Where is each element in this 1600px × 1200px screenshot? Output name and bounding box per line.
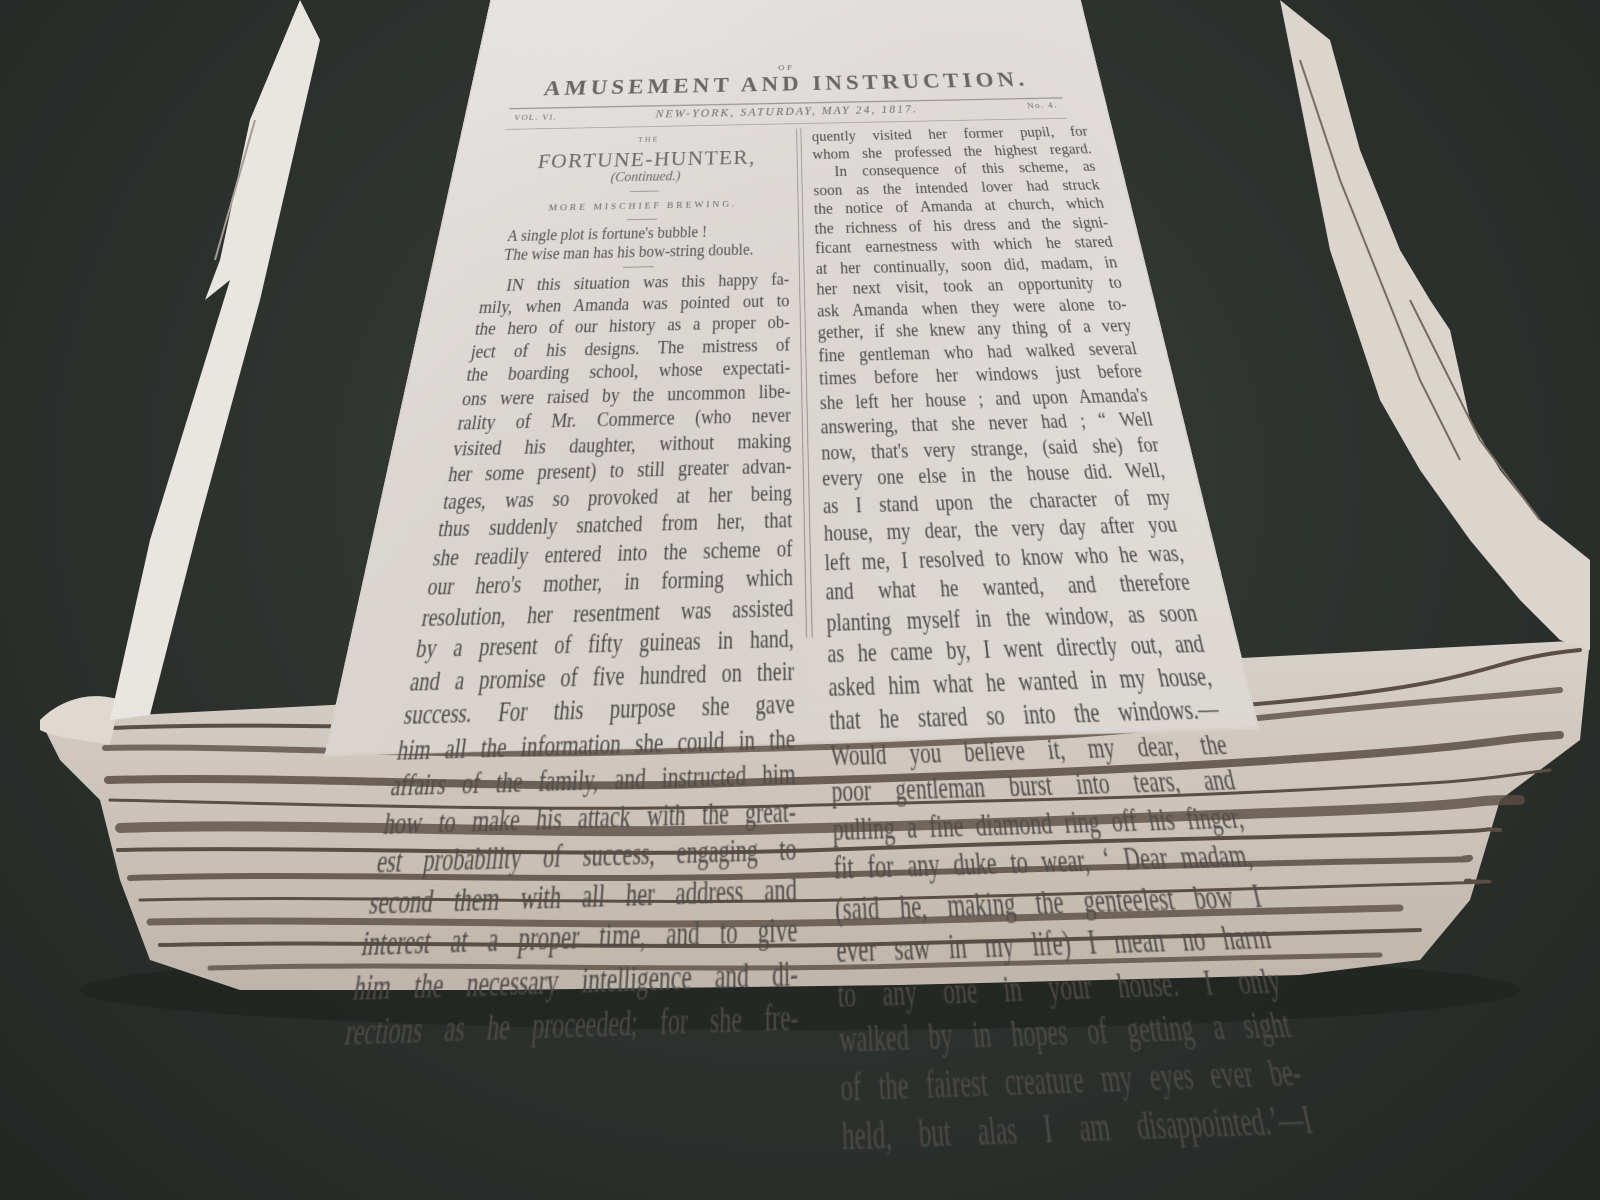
left-column: THE FORTUNE-HUNTER, (Continued.) MORE MI… xyxy=(342,129,799,1057)
periodical-page: OF AMUSEMENT AND INSTRUCTION. VOL. VI. N… xyxy=(327,0,1257,753)
title-rule xyxy=(630,190,659,191)
page-perspective: OF AMUSEMENT AND INSTRUCTION. VOL. VI. N… xyxy=(0,0,1600,1200)
left-column-body: IN this situation was this happy fa- mil… xyxy=(342,269,799,1057)
photo-scene: OF AMUSEMENT AND INSTRUCTION. VOL. VI. N… xyxy=(0,0,1600,1200)
epigraph: A single plot is fortune's bubble ! The … xyxy=(487,221,789,265)
chapter-rule xyxy=(627,219,657,220)
column-divider xyxy=(796,129,812,638)
issue-number: No. 4. xyxy=(1026,100,1058,111)
epigraph-rule xyxy=(622,266,653,267)
right-column: quently visited her former pupil, for wh… xyxy=(812,123,1317,1163)
chapter-heading: MORE MISCHIEF BREWING. xyxy=(496,193,788,218)
